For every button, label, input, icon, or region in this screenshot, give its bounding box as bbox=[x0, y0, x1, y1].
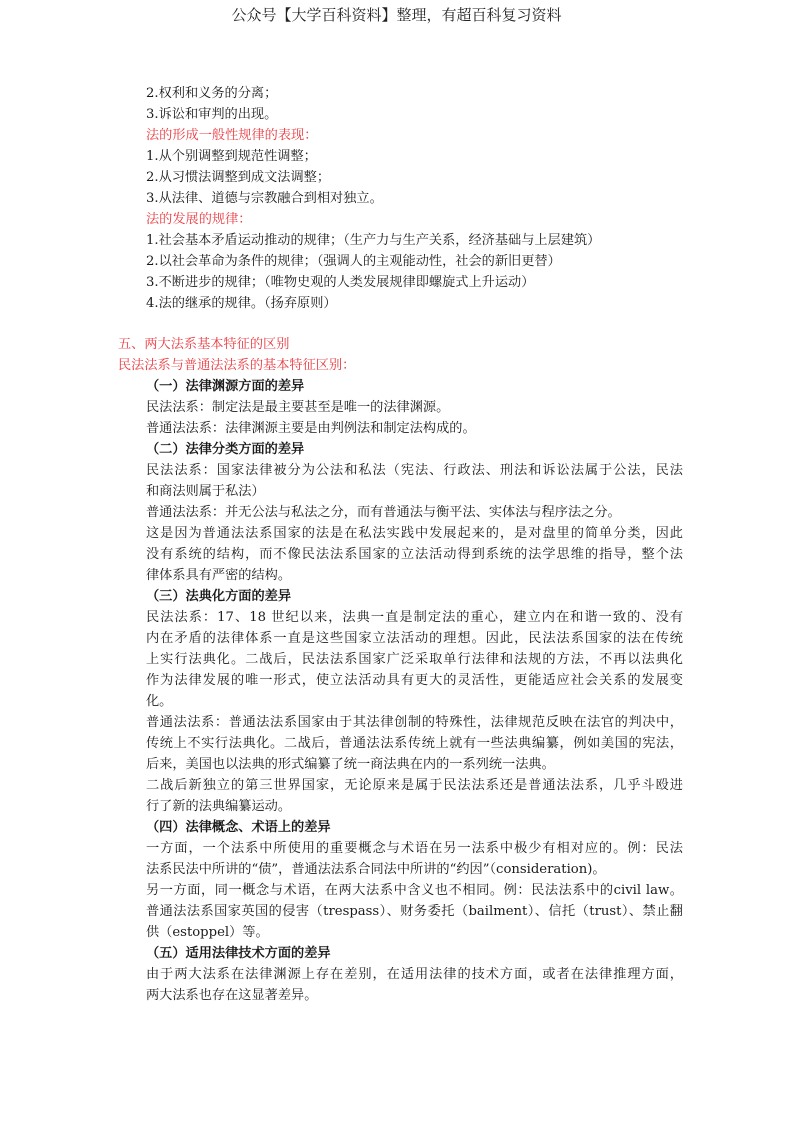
text-line: 3.从法律、道德与宗教融合到相对独立。 bbox=[146, 189, 383, 209]
section-heading: 法的发展的规律： bbox=[146, 210, 252, 230]
section-heading: 民法法系与普通法法系的基本特征区别： bbox=[118, 356, 355, 376]
section-heading: 五、两大法系基本特征的区别 bbox=[118, 335, 289, 355]
text-line: 1.从个别调整到规范性调整； bbox=[146, 147, 317, 167]
text-line: 普通法法系国家英国的侵害（trespass）、财务委托（bailment）、信托… bbox=[146, 902, 683, 922]
text-line: 普通法法系：法律渊源主要是由判例法和制定法构成的。 bbox=[146, 419, 476, 439]
subsection-heading: （五）适用法律技术方面的差异 bbox=[146, 944, 331, 964]
text-line: 律体系具有严密的结构。 bbox=[146, 566, 291, 586]
page-header-watermark: 公众号【大学百科资料】整理，有超百科复习资料 bbox=[0, 4, 793, 25]
text-line: 二战后新独立的第三世界国家，无论原来是属于民法法系还是普通法法系，几乎斗殴进 bbox=[146, 776, 683, 796]
text-line: 民法法系：制定法是最主要甚至是唯一的法律渊源。 bbox=[146, 398, 449, 418]
text-line: 普通法法系：并无公法与私法之分，而有普通法与衡平法、实体法与程序法之分。 bbox=[146, 503, 621, 523]
text-line: 2.以社会革命为条件的规律；（强调人的主观能动性，社会的新旧更替） bbox=[146, 252, 561, 272]
text-line: 4.法的继承的规律。（扬弃原则） bbox=[146, 294, 337, 314]
text-line: 传统上不实行法典化。二战后，普通法法系传统上就有一些法典编纂，例如美国的宪法， bbox=[146, 734, 683, 754]
text-line: 3.不断进步的规律；（唯物史观的人类发展规律即螺旋式上升运动） bbox=[146, 273, 534, 293]
text-line: 没有系统的结构，而不像民法法系国家的立法活动得到系统的法学思维的指导，整个法 bbox=[146, 545, 683, 565]
text-line: 另一方面，同一概念与术语，在两大法系中含义也不相同。例：民法法系中的civil … bbox=[146, 881, 683, 901]
text-line: 内在矛盾的法律体系一直是这些国家立法活动的理想。因此，民法法系国家的法在传统 bbox=[146, 629, 683, 649]
text-line: 供（estoppel）等。 bbox=[146, 923, 269, 943]
text-line: 3.诉讼和审判的出现。 bbox=[146, 105, 277, 125]
text-line: 行了新的法典编纂运动。 bbox=[146, 797, 291, 817]
section-heading: 法的形成一般性规律的表现： bbox=[146, 126, 317, 146]
text-line: 这是因为普通法法系国家的法是在私法实践中发展起来的，是对盘里的简单分类，因此 bbox=[146, 524, 683, 544]
subsection-heading: （三）法典化方面的差异 bbox=[146, 587, 291, 607]
text-line: 法系民法中所讲的“债”，普通法法系合同法中所讲的“约因”（considerati… bbox=[146, 860, 606, 880]
text-line: 1.社会基本矛盾运动推动的规律；（生产力与生产关系，经济基础与上层建筑） bbox=[146, 231, 600, 251]
subsection-heading: （二）法律分类方面的差异 bbox=[146, 440, 304, 460]
text-line: 化。 bbox=[146, 692, 172, 712]
text-line: 普通法法系：普通法法系国家由于其法律创制的特殊性，法律规范反映在法官的判决中， bbox=[146, 713, 683, 733]
text-line: 民法法系：国家法律被分为公法和私法（宪法、行政法、刑法和诉讼法属于公法，民法 bbox=[146, 461, 683, 481]
text-line: 2.从习惯法调整到成文法调整； bbox=[146, 168, 330, 188]
text-line: 上实行法典化。二战后，民法法系国家广泛采取单行法律和法规的方法，不再以法典化 bbox=[146, 650, 683, 670]
subsection-heading: （一）法律渊源方面的差异 bbox=[146, 377, 304, 397]
text-line: 后来，美国也以法典的形式编纂了统一商法典在内的一系列统一法典。 bbox=[146, 755, 555, 775]
text-line: 由于两大法系在法律渊源上存在差别，在适用法律的技术方面，或者在法律推理方面， bbox=[146, 965, 683, 985]
text-line: 作为法律发展的唯一形式，使立法活动具有更大的灵活性，更能适应社会关系的发展变 bbox=[146, 671, 683, 691]
text-line: 两大法系也存在这显著差异。 bbox=[146, 986, 317, 1006]
text-line: 民法法系：17、18 世纪以来，法典一直是制定法的重心，建立内在和谐一致的、没有 bbox=[146, 608, 683, 628]
text-line: 一方面，一个法系中所使用的重要概念与术语在另一法系中极少有相对应的。例：民法 bbox=[146, 839, 683, 859]
text-line: 和商法则属于私法） bbox=[146, 482, 265, 502]
subsection-heading: （四）法律概念、术语上的差异 bbox=[146, 818, 331, 838]
text-line: 2.权利和义务的分离； bbox=[146, 84, 277, 104]
